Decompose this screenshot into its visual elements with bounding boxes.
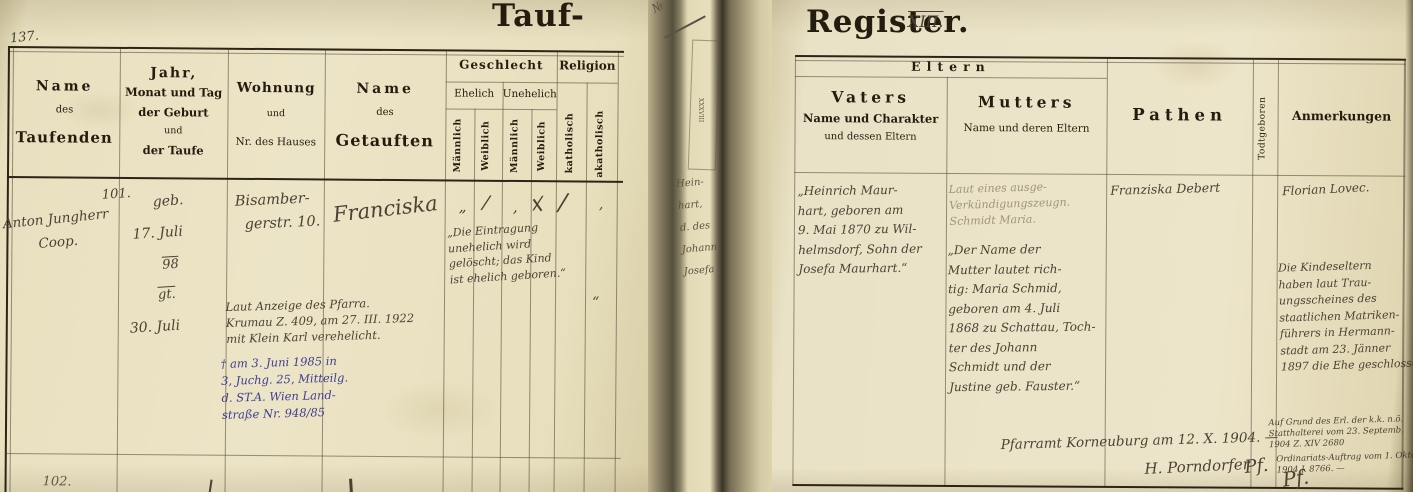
header-todtgeboren: Todtgeboren — [1257, 86, 1268, 170]
rule — [446, 81, 618, 83]
marriage-note: Laut Anzeige des Pfarra.Krumau Z. 409, a… — [225, 294, 414, 347]
header-wohnung: Wohnung — [228, 80, 325, 97]
header-vaters-name-charakter: Name und Charakter — [795, 111, 947, 126]
header-mutters: Mutters — [947, 92, 1107, 112]
header-name-getauften: Name — [325, 80, 446, 97]
annotation-name: Florian Lovec. — [1282, 180, 1370, 198]
left-table: Name des Taufenden Jahr, Monat und Tag d… — [4, 46, 631, 492]
header-geschlecht: Geschlecht — [446, 57, 557, 72]
header-katholisch: katholisch — [564, 108, 576, 178]
mark-unehelich-maennlich: ‚ — [513, 198, 518, 216]
legitimacy-note-close-quote: “ — [592, 295, 599, 311]
legitimacy-note: „Die Eintragungunehelich wirdgelöscht; d… — [447, 218, 567, 287]
spine-stamp-frame — [688, 40, 721, 171]
handwriting-fragment — [209, 480, 213, 492]
mark-katholisch: / — [558, 188, 568, 217]
volume-number: XIII. — [908, 12, 943, 31]
header-taufenden: Taufenden — [9, 128, 119, 147]
header-getauften: Getauften — [324, 130, 445, 150]
priest-signature-suffix: Pf. — [1244, 455, 1270, 478]
entry-number: 101. — [101, 186, 131, 203]
header-weiblich-unehelich: Weiblich — [536, 114, 548, 178]
header-getauften-des: des — [324, 106, 445, 118]
header-maennlich-ehelich: Männlich — [452, 113, 464, 177]
godparent-entry: Franziska Debert — [1110, 180, 1220, 198]
rule — [795, 76, 1107, 79]
header-monat-tag: Monat und Tag — [120, 85, 228, 100]
column-line — [499, 82, 503, 492]
header-und: und — [119, 125, 227, 137]
column-line — [614, 53, 618, 492]
header-geburt: der Geburt — [119, 105, 227, 120]
header-pathen: Pathen — [1107, 105, 1253, 125]
mark-ehelich-maennlich: „ — [459, 198, 467, 216]
left-page-title: Tauf- — [492, 0, 585, 34]
baptizer-name: Anton Jungherr — [2, 205, 123, 233]
column-line — [583, 83, 587, 492]
baptized-name: Franciska — [332, 191, 439, 227]
header-name-taufenden-des: des — [9, 104, 119, 116]
column-line — [528, 109, 532, 492]
row-divider — [792, 484, 1403, 490]
header-akatholisch: akatholisch — [594, 109, 606, 179]
mother-cancelled-note: Laut eines ausge-Verkündigungszeugn.Schm… — [948, 179, 1070, 230]
right-page-title: Register. — [806, 4, 970, 40]
right-table: Eltern Vaters Name und Charakter und des… — [792, 55, 1408, 492]
residence-line1: Bisamber- — [234, 190, 309, 209]
baptism-label: gt. — [158, 287, 177, 303]
header-bottom-rule — [794, 172, 1405, 177]
header-taufe: der Taufe — [119, 143, 227, 158]
death-note: † am 3. Juni 1985 in3, Juchg. 25, Mittei… — [220, 352, 349, 423]
baptizer-title: Coop. — [38, 233, 79, 252]
header-mutters-eltern: Name und deren Eltern — [947, 122, 1107, 135]
father-entry: „Heinrich Maur-hart, geboren am9. Mai 18… — [797, 181, 922, 280]
register-scan: 137. Tauf- Register. XIII. Name des Tauf… — [0, 0, 1413, 492]
birth-label: geb. — [152, 192, 184, 210]
birth-year: 98 — [162, 257, 179, 273]
folio-number: 137. — [9, 29, 39, 47]
header-vaters: Vaters — [795, 87, 947, 107]
mother-entry: „Der Name derMutter lautet rich-tig: Mar… — [948, 240, 1097, 398]
handwriting-fragment — [349, 479, 353, 492]
column-line — [471, 109, 475, 492]
header-vaters-eltern: und dessen Eltern — [794, 131, 946, 143]
birth-date: 17. Juli — [132, 224, 183, 243]
header-wohnung-und: und — [227, 108, 324, 120]
header-anmerkungen: Anmerkungen — [1278, 108, 1406, 124]
header-unehelich: Unehelich — [503, 88, 557, 100]
annotation-initials: Pf. — [1281, 464, 1310, 491]
annotation-decree-1: Auf Grund des Erl. der k.k. n.ö.Statthal… — [1268, 414, 1404, 451]
residence-line2: gerstr. 10. — [244, 213, 320, 232]
parish-office-line: Pfarramt Korneuburg am 12. X. 1904. — — [1000, 429, 1278, 453]
next-entry-number: 102. — [43, 474, 72, 489]
mark-akatholisch: ‚ — [599, 197, 604, 213]
mark-ehelich-weiblich: / — [482, 191, 491, 214]
baptism-date: 30. Juli — [129, 318, 180, 337]
header-maennlich-unehelich: Männlich — [509, 114, 521, 178]
header-name-taufenden: Name — [10, 78, 120, 95]
header-ehelich: Ehelich — [446, 87, 503, 99]
header-eltern: Eltern — [795, 58, 1107, 75]
header-nr-hauses: Nr. des Hauses — [227, 136, 324, 149]
header-religion: Religion — [557, 58, 618, 72]
rule — [446, 108, 557, 110]
annotation-marriage: Die Kindeselternhaben laut Trau-ungssche… — [1278, 256, 1413, 376]
header-weiblich-ehelich: Weiblich — [480, 114, 492, 178]
priest-signature: H. Porndorfer — [1144, 455, 1250, 478]
spine-stamp-text: XXXVIII — [697, 98, 704, 122]
header-jahr: Jahr, — [120, 65, 228, 82]
